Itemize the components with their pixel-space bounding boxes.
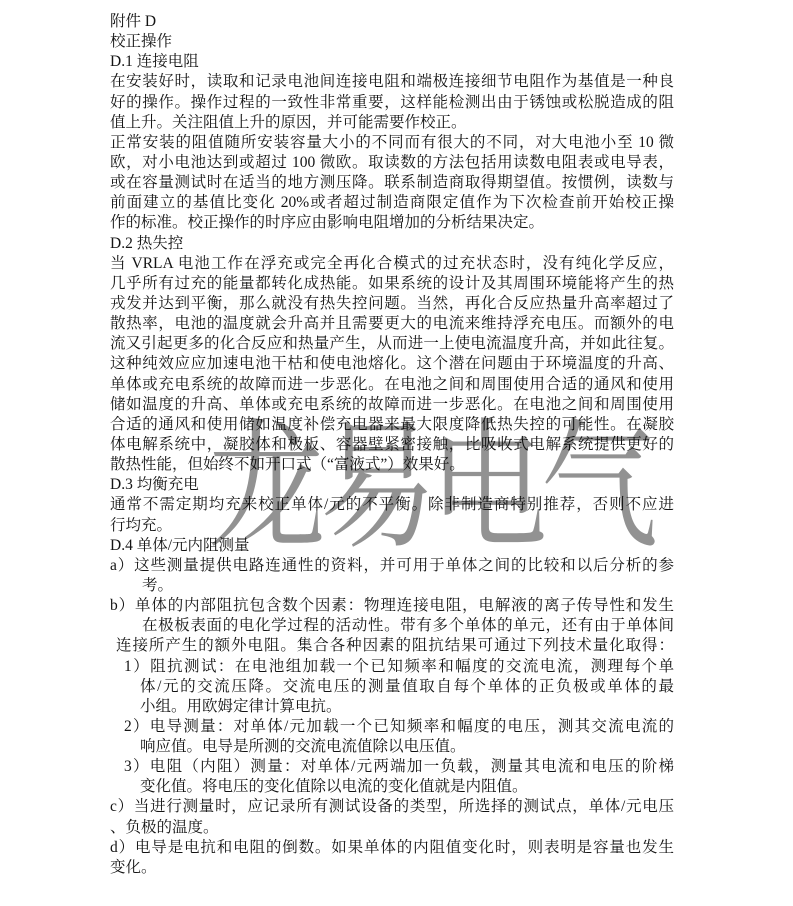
text-line: 考。: [110, 576, 674, 596]
text-line: 2）电导测量：对单体/元加载一个已知频率和幅度的电压，测其交流电流的: [110, 717, 674, 737]
text-line: 在极板表面的电化学过程的活动性。带有多个单体的单元，还有由于单体间: [110, 616, 674, 636]
text-line: b）单体的内部阻抗包含数个因素：物理连接电阻，电解液的离子传导性和发生: [110, 596, 674, 616]
text-line: 小组。用欧姆定律计算电抗。: [110, 697, 674, 717]
text-line: 响应值。电导是所测的交流电流值除以电压值。: [110, 737, 674, 757]
text-line: 当 VRLA 电池工作在浮充或完全再化合模式的过充状态时，没有纯化学反应，: [110, 254, 674, 274]
text-line: 流又引起更多的化合反应和热量产生，从而进一上使电流温度升高，并如此往复。: [110, 334, 674, 354]
section-heading: D.3 均衡充电: [110, 475, 674, 495]
text-line: 在安装好时，读取和记录电池间连接电阻和端极连接细节电阻作为基值是一种良: [110, 72, 674, 92]
text-line: 作的标准。校正操作的时序应由影响电阻增加的分析结果决定。: [110, 213, 674, 233]
text-line: a）这些测量提供电路连通性的资料，并可用于单体之间的比较和以后分析的参: [110, 556, 674, 576]
text-line: 好的操作。操作过程的一致性非常重要，这样能检测出由于锈蚀或松脱造成的阻: [110, 93, 674, 113]
text-line: 3）电阻（内阻）测量：对单体/元两端加一负载，测量其电流和电压的阶梯: [110, 757, 674, 777]
text-line: 欧，对小电池达到或超过 100 微欧。取读数的方法包括用读数电阻表或电导表，: [110, 153, 674, 173]
text-line: 连接所产生的额外电阻。集合各种因素的阻抗结果可通过下列技术量化取得：: [110, 636, 674, 656]
text-line: 值上升。关注阻值上升的原因，并可能需要作校正。: [110, 113, 674, 133]
text-line: 通常不需定期均充来校正单体/元的不平衡。除非制造商特别推荐，否则不应进: [110, 495, 674, 515]
text-line: 、负极的温度。: [110, 818, 674, 838]
text-line: 1）阻抗测试：在电池组加载一个已知频率和幅度的交流电流，测理每个单: [110, 657, 674, 677]
text-line: d）电导是电抗和电阻的倒数。如果单体的内阻值变化时，则表明是容量也发生: [110, 838, 674, 858]
section-heading: D.1 连接电阻: [110, 52, 674, 72]
document-text-block: 附件 D校正操作D.1 连接电阻在安装好时，读取和记录电池间连接电阻和端极连接细…: [110, 12, 674, 878]
text-line: 散热率，电池的温度就会升高并且需要更大的电流来维持浮充电压。而额外的电: [110, 314, 674, 334]
text-line: 单体或充电系统的故障而进一步恶化。在电池之间和周围使用合适的通风和使用: [110, 375, 674, 395]
text-line: 正常安装的阻值随所安装容量大小的不同而有很大的不同，对大电池小至 10 微: [110, 133, 674, 153]
text-line: 戎发并达到平衡，那么就没有热失控问题。当然，再化合反应热量升高率超过了: [110, 294, 674, 314]
text-line: 几乎所有过充的能量都转化成热能。如果系统的设计及其周围环境能将产生的热: [110, 274, 674, 294]
section-heading: 校正操作: [110, 32, 674, 52]
text-line: 行均充。: [110, 516, 674, 536]
text-line: 或在容量测试时在适当的地方测压降。联系制造商取得期望值。按惯例，读数与: [110, 173, 674, 193]
section-heading: 附件 D: [110, 12, 674, 32]
section-heading: D.4 单体/元内阻测量: [110, 536, 674, 556]
document-page: 附件 D校正操作D.1 连接电阻在安装好时，读取和记录电池间连接电阻和端极连接细…: [0, 0, 793, 906]
text-line: 合适的通风和使用储如温度补偿充电器来最大限度降低热失控的可能性。在凝胶: [110, 415, 674, 435]
text-line: 体/元的交流压降。交流电压的测量值取自每个单体的正负极或单体的最: [110, 677, 674, 697]
text-line: 变化值。将电压的变化值除以电流的变化值就是内阻值。: [110, 777, 674, 797]
text-line: 散热性能，但始终不如开口式（“富液式”）效果好。: [110, 455, 674, 475]
text-line: 变化。: [110, 858, 674, 878]
text-line: 前面建立的基值比变化 20%或者超过制造商限定值作为下次检查前开始校正操: [110, 193, 674, 213]
text-line: 这种纯效应应加速电池干枯和使电池熔化。这个潜在问题由于环境温度的升高、: [110, 354, 674, 374]
section-heading: D.2 热失控: [110, 234, 674, 254]
text-line: 储如温度的升高、单体或充电系统的故障而进一步恶化。在电池之间和周围使用: [110, 395, 674, 415]
text-line: 体电解系统中，凝胶体和极板、容器壁紧密接触，比吸收式电解系统提供更好的: [110, 435, 674, 455]
text-line: c）当进行测量时，应记录所有测试设备的类型，所选择的测试点，单体/元电压: [110, 797, 674, 817]
